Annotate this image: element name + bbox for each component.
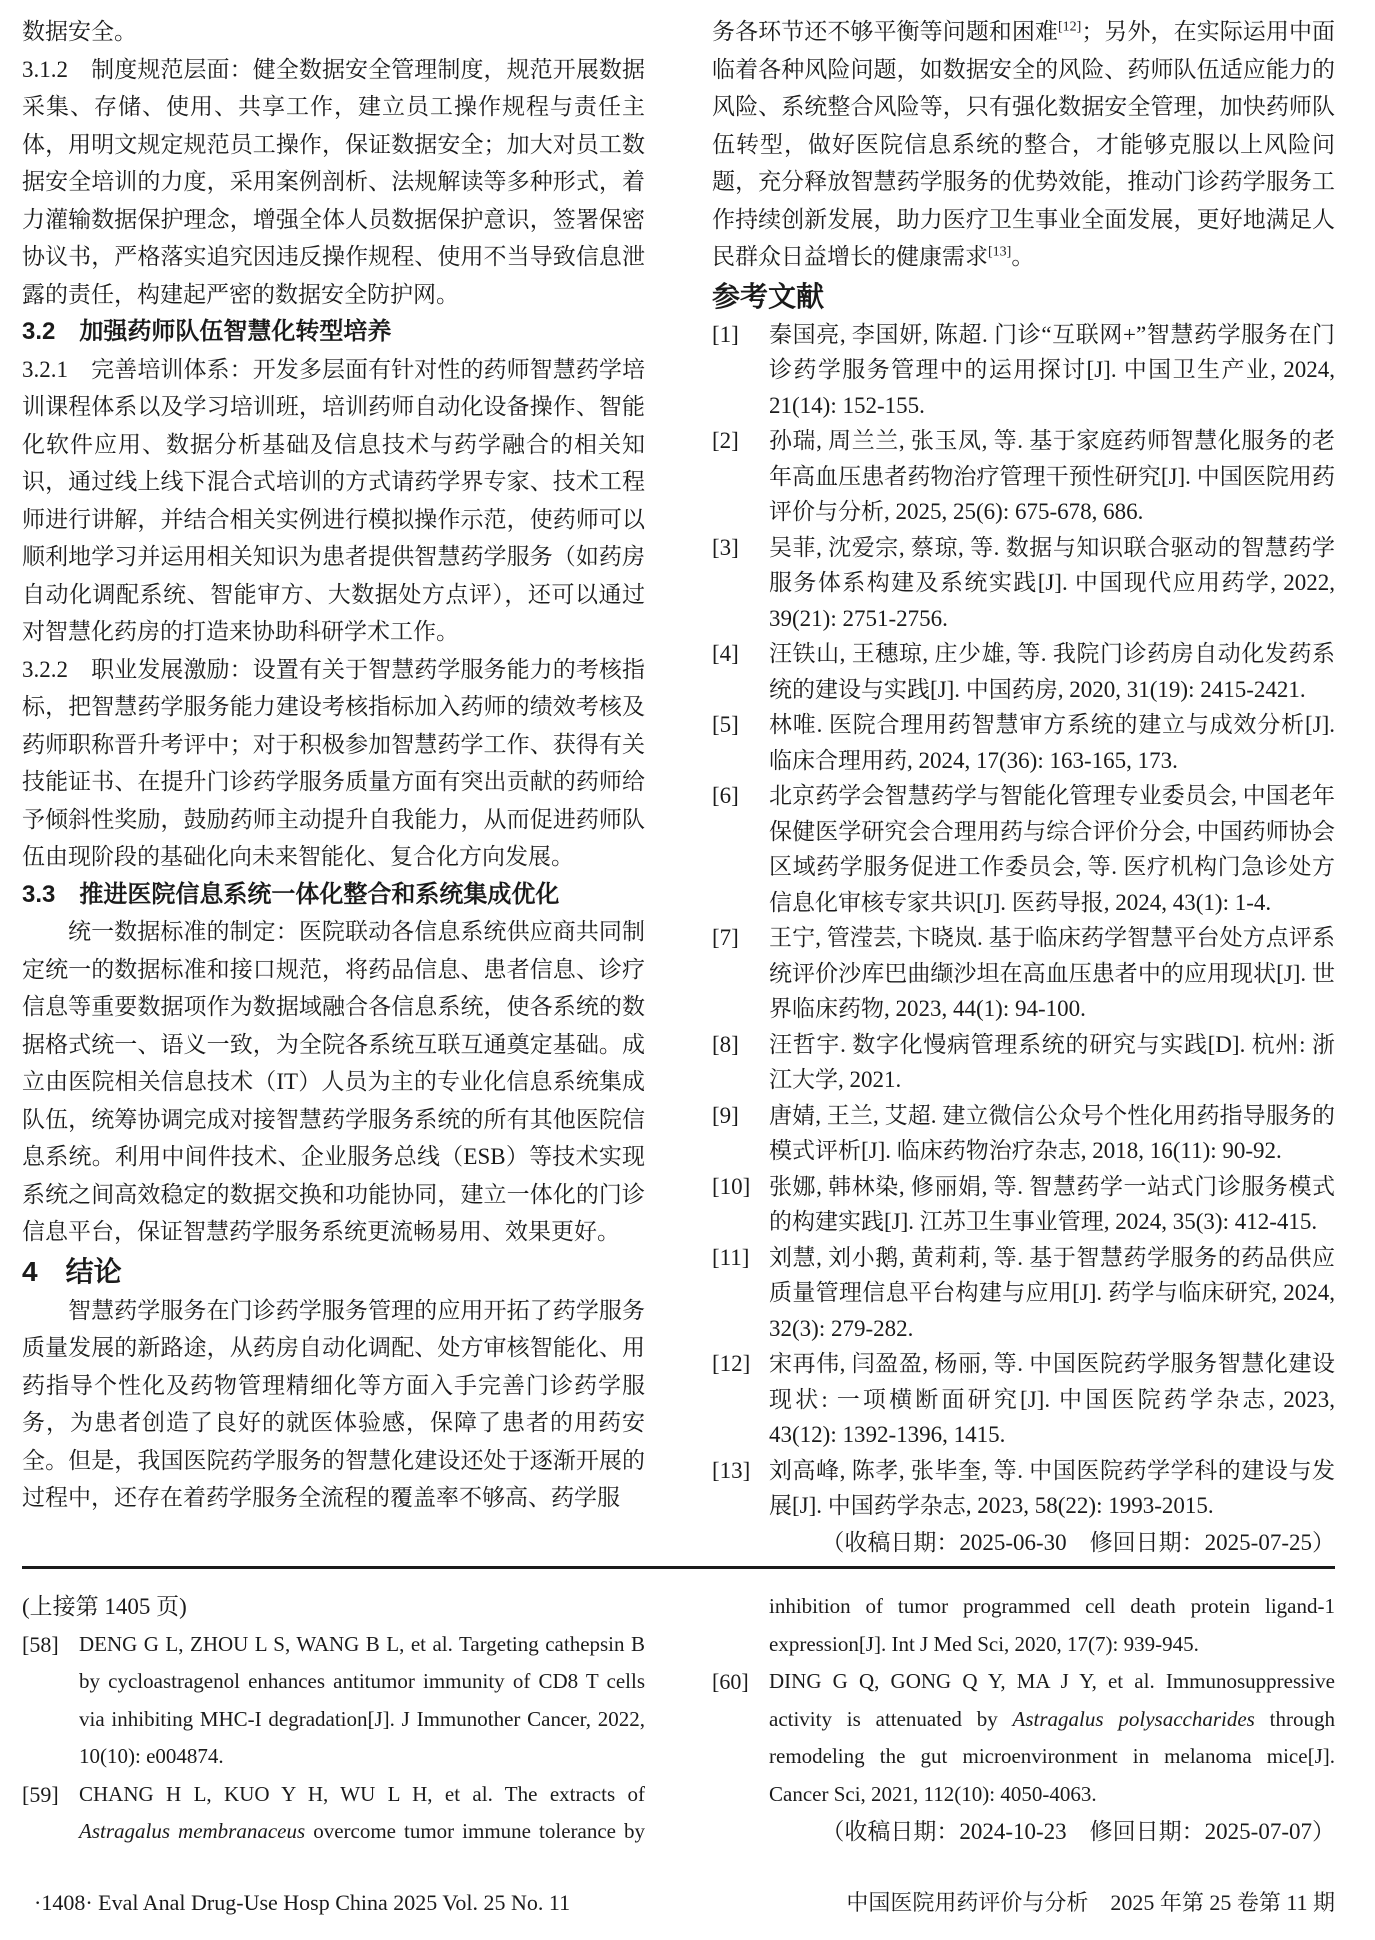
reference-label: [9] (712, 1098, 769, 1169)
reference-item-59: [59] CHANG H L, KUO Y H, WU L H, et al. … (22, 1776, 645, 1851)
conclusion-paragraph: 智慧药学服务在门诊药学服务管理的应用开拓了药学服务质量发展的新路途，从药房自动化… (22, 1292, 645, 1517)
main-content: 数据安全。 3.1.2 制度规范层面：健全数据安全管理制度，规范开展数据采集、存… (22, 0, 1335, 1567)
reference-text-part: CHANG H L, KUO Y H, WU L H, et al. The e… (79, 1782, 645, 1806)
reference-item-6: [6] 北京药学会智慧药学与智能化管理专业委员会, 中国老年保健医学研究会合理用… (712, 778, 1335, 920)
right-column: 务各环节还不够平衡等问题和困难[12]；另外，在实际运用中面临着各种风险问题，如… (712, 0, 1335, 1567)
reference-item-3: [3] 吴菲, 沈爱宗, 蔡琼, 等. 数据与知识联合驱动的智慧药学服务体系构建… (712, 530, 1335, 637)
reference-text: 唐婧, 王兰, 艾超. 建立微信公众号个性化用药指导服务的模式评析[J]. 临床… (769, 1098, 1335, 1169)
continued-article-section: (上接第 1405 页) [58] DENG G L, ZHOU L S, WA… (22, 1588, 1335, 1851)
received-revised-dates: （收稿日期：2025-06-30 修回日期：2025-07-25） (712, 1524, 1335, 1562)
heading-3-2: 3.2 加强药师队伍智慧化转型培养 (22, 313, 645, 351)
reference-text: 汪哲宇. 数字化慢病管理系统的研究与实践[D]. 杭州: 浙江大学, 2021. (769, 1027, 1335, 1098)
reference-label: [13] (712, 1453, 769, 1524)
reference-text: 汪铁山, 王穗琼, 庄少雄, 等. 我院门诊药房自动化发药系统的建设与实践[J]… (769, 636, 1335, 707)
reference-item-60: [60] DING G Q, GONG Q Y, MA J Y, et al. … (712, 1663, 1335, 1813)
reference-text: 宋再伟, 闫盈盈, 杨丽, 等. 中国医院药学服务智慧化建设现状: 一项横断面研… (769, 1346, 1335, 1453)
reference-text: DENG G L, ZHOU L S, WANG B L, et al. Tar… (79, 1626, 645, 1776)
reference-text: CHANG H L, KUO Y H, WU L H, et al. The e… (79, 1776, 645, 1851)
reference-label: [5] (712, 707, 769, 778)
reference-item-7: [7] 王宁, 管滢芸, 卞晓岚. 基于临床药学智慧平台处方点评系统评价沙库巴曲… (712, 920, 1335, 1027)
reference-text: 刘慧, 刘小鹅, 黄莉莉, 等. 基于智慧药学服务的药品供应质量管理信息平台构建… (769, 1240, 1335, 1347)
reference-item-5: [5] 林唯. 医院合理用药智慧审方系统的建立与成效分析[J]. 临床合理用药,… (712, 707, 1335, 778)
footer-left: ·1408· Eval Anal Drug-Use Hosp China 202… (22, 1886, 570, 1920)
continued-right-column: inhibition of tumor programmed cell deat… (712, 1588, 1335, 1851)
section-3-2-2-paragraph: 3.2.2 职业发展激励：设置有关于智慧药学服务能力的考核指标，把智慧药学服务能… (22, 651, 645, 876)
intro-text-3: 。 (1011, 244, 1034, 269)
reference-text-part: overcome tumor immune tolerance by (305, 1819, 645, 1843)
reference-item-1: [1] 秦国亮, 李国妍, 陈超. 门诊“互联网+”智慧药学服务在门诊药学服务管… (712, 317, 1335, 424)
reference-text: 刘高峰, 陈孝, 张毕奎, 等. 中国医院药学学科的建设与发展[J]. 中国药学… (769, 1453, 1335, 1524)
page-number: ·1408· (34, 1890, 93, 1915)
reference-label: [6] (712, 778, 769, 920)
reference-label: [3] (712, 530, 769, 637)
reference-label: [1] (712, 317, 769, 424)
journal-name-english: Eval Anal Drug-Use Hosp China 2025 Vol. … (98, 1890, 570, 1915)
continued-from-note: (上接第 1405 页) (22, 1588, 645, 1626)
journal-name-chinese: 中国医院用药评价与分析 2025 年第 25 卷第 11 期 (846, 1886, 1335, 1920)
reference-text: 北京药学会智慧药学与智能化管理专业委员会, 中国老年保健医学研究会合理用药与综合… (769, 778, 1335, 920)
page-footer: ·1408· Eval Anal Drug-Use Hosp China 202… (22, 1886, 1335, 1920)
section-divider-rule (22, 1566, 1335, 1569)
reference-item-58: [58] DENG G L, ZHOU L S, WANG B L, et al… (22, 1626, 645, 1776)
reference-label: [58] (22, 1626, 79, 1776)
references-title: 参考文献 (712, 276, 1335, 317)
section-3-3-paragraph: 统一数据标准的制定：医院联动各信息系统供应商共同制定统一的数据标准和接口规范，将… (22, 913, 645, 1251)
reference-label: [11] (712, 1240, 769, 1347)
received-revised-dates-2: （收稿日期：2024-10-23 修回日期：2025-07-07） (712, 1813, 1335, 1851)
reference-label: [59] (22, 1776, 79, 1851)
reference-label: [10] (712, 1169, 769, 1240)
reference-text: 秦国亮, 李国妍, 陈超. 门诊“互联网+”智慧药学服务在门诊药学服务管理中的运… (769, 317, 1335, 424)
reference-label: [4] (712, 636, 769, 707)
reference-label: [7] (712, 920, 769, 1027)
reference-text: 孙瑞, 周兰兰, 张玉凤, 等. 基于家庭药师智慧化服务的老年高血压患者药物治疗… (769, 423, 1335, 530)
reference-item-12: [12] 宋再伟, 闫盈盈, 杨丽, 等. 中国医院药学服务智慧化建设现状: 一… (712, 1346, 1335, 1453)
intro-text-1: 务各环节还不够平衡等问题和困难 (712, 19, 1058, 44)
citation-superscript-13: [13] (988, 244, 1011, 259)
reference-item-8: [8] 汪哲宇. 数字化慢病管理系统的研究与实践[D]. 杭州: 浙江大学, 2… (712, 1027, 1335, 1098)
heading-3-3: 3.3 推进医院信息系统一体化整合和系统集成优化 (22, 876, 645, 914)
continued-left-column: (上接第 1405 页) [58] DENG G L, ZHOU L S, WA… (22, 1588, 645, 1851)
reference-item-2: [2] 孙瑞, 周兰兰, 张玉凤, 等. 基于家庭药师智慧化服务的老年高血压患者… (712, 423, 1335, 530)
section-3-2-1-paragraph: 3.2.1 完善培训体系：开发多层面有针对性的药师智慧药学培训课程体系以及学习培… (22, 351, 645, 651)
reference-item-13: [13] 刘高峰, 陈孝, 张毕奎, 等. 中国医院药学学科的建设与发展[J].… (712, 1453, 1335, 1524)
reference-item-4: [4] 汪铁山, 王穗琼, 庄少雄, 等. 我院门诊药房自动化发药系统的建设与实… (712, 636, 1335, 707)
references-list: [1] 秦国亮, 李国妍, 陈超. 门诊“互联网+”智慧药学服务在门诊药学服务管… (712, 317, 1335, 1524)
reference-text: DING G Q, GONG Q Y, MA J Y, et al. Immun… (769, 1663, 1335, 1813)
reference-text: 王宁, 管滢芸, 卞晓岚. 基于临床药学智慧平台处方点评系统评价沙库巴曲缬沙坦在… (769, 920, 1335, 1027)
reference-label: [8] (712, 1027, 769, 1098)
reference-item-11: [11] 刘慧, 刘小鹅, 黄莉莉, 等. 基于智慧药学服务的药品供应质量管理信… (712, 1240, 1335, 1347)
species-name-italic: Astragalus polysaccharides (1013, 1707, 1255, 1731)
heading-4-conclusion: 4 结论 (22, 1251, 645, 1292)
reference-text: 林唯. 医院合理用药智慧审方系统的建立与成效分析[J]. 临床合理用药, 202… (769, 707, 1335, 778)
reference-item-9: [9] 唐婧, 王兰, 艾超. 建立微信公众号个性化用药指导服务的模式评析[J]… (712, 1098, 1335, 1169)
reference-label: [2] (712, 423, 769, 530)
reference-59-continuation: inhibition of tumor programmed cell deat… (769, 1588, 1335, 1663)
reference-text: 吴菲, 沈爱宗, 蔡琼, 等. 数据与知识联合驱动的智慧药学服务体系构建及系统实… (769, 530, 1335, 637)
section-3-1-2-paragraph: 3.1.2 制度规范层面：健全数据安全管理制度，规范开展数据采集、存储、使用、共… (22, 51, 645, 314)
reference-label: [12] (712, 1346, 769, 1453)
left-column: 数据安全。 3.1.2 制度规范层面：健全数据安全管理制度，规范开展数据采集、存… (22, 0, 645, 1567)
reference-text: 张娜, 韩林染, 修丽娟, 等. 智慧药学一站式门诊服务模式的构建实践[J]. … (769, 1169, 1335, 1240)
species-name-italic: Astragalus membranaceus (79, 1819, 305, 1843)
citation-superscript-12: [12] (1058, 19, 1081, 34)
intro-text-2: ；另外，在实际运用中面临着各种风险问题，如数据安全的风险、药师队伍适应能力的风险… (712, 19, 1335, 269)
intro-paragraph: 务各环节还不够平衡等问题和困难[12]；另外，在实际运用中面临着各种风险问题，如… (712, 13, 1335, 276)
paragraph-carryover: 数据安全。 (22, 13, 645, 51)
reference-item-10: [10] 张娜, 韩林染, 修丽娟, 等. 智慧药学一站式门诊服务模式的构建实践… (712, 1169, 1335, 1240)
reference-label: [60] (712, 1663, 769, 1813)
